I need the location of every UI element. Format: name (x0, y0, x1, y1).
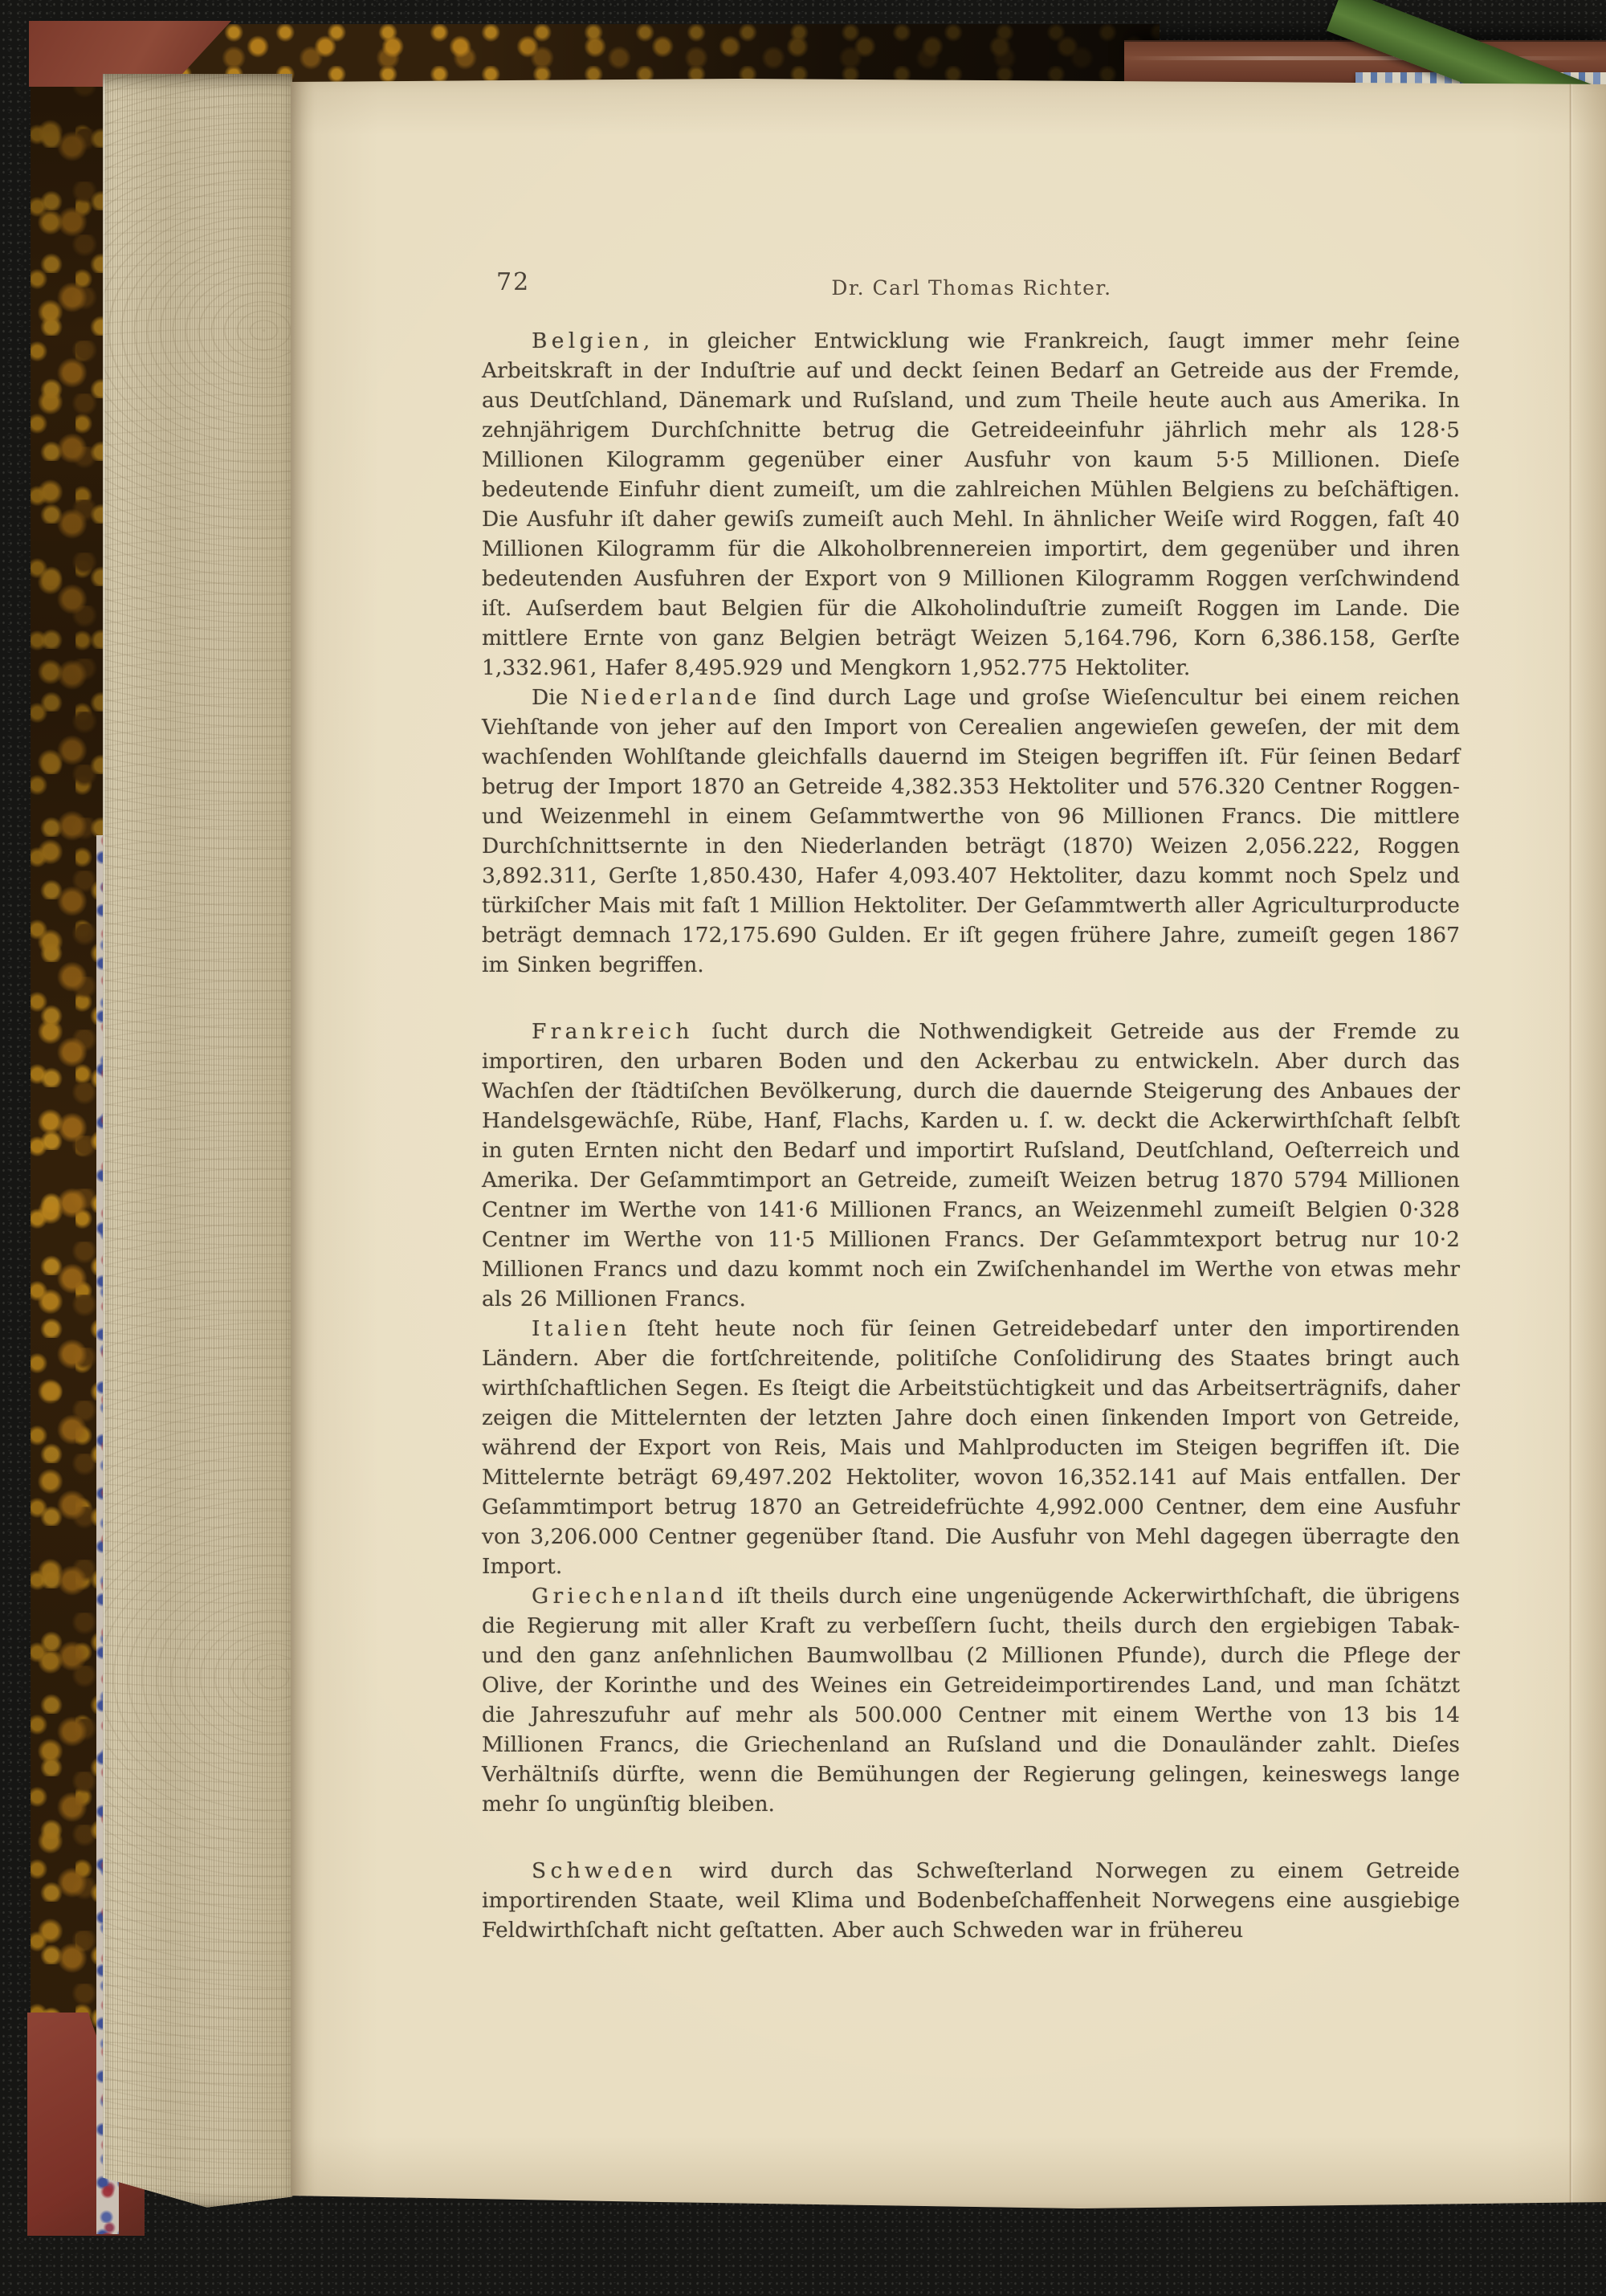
paragraph-lead: Italien (532, 1316, 631, 1341)
paragraph-text: , in gleicher Entwicklung wie Frankreich… (482, 328, 1460, 680)
paragraph-lead: Griechenland (532, 1584, 728, 1609)
paragraph-lead: Belgien (532, 328, 643, 353)
book-page: 72 Dr. Carl Thomas Richter. Belgien, in … (291, 79, 1606, 2208)
text-block: Belgien, in gleicher Entwicklung wie Fra… (482, 326, 1460, 1945)
paragraph-lead: Niederlande (581, 685, 761, 710)
paragraph-italien: Italien ſteht heute noch für ſeinen Getr… (482, 1314, 1460, 1581)
paragraph-schweden: Schweden wird durch das Schweſterland No… (482, 1856, 1460, 1945)
paragraph-prefix: Die (532, 685, 581, 710)
paragraph-text: ſteht heute noch für ſeinen Getreidebeda… (482, 1316, 1460, 1579)
marbled-cover-left (31, 22, 106, 2236)
paragraph-lead: Frankreich (532, 1019, 694, 1044)
running-header: Dr. Carl Thomas Richter. (482, 276, 1461, 300)
paragraph-text: ſind durch Lage und groſse Wieſencultur … (482, 685, 1460, 977)
page-right-shading (1571, 79, 1606, 2208)
paragraph-griechenland: Griechenland iſt theils durch eine ungen… (482, 1581, 1460, 1819)
paragraph-niederlande: Die Niederlande ſind durch Lage und groſ… (482, 683, 1460, 980)
paragraph-lead: Schweden (532, 1858, 677, 1883)
paragraph-frankreich: Frankreich ſucht durch die Nothwendigkei… (482, 1017, 1460, 1314)
paragraph-text: ſucht durch die Nothwendigkeit Getreide … (482, 1019, 1460, 1311)
page-edges-stack (103, 74, 292, 2212)
paragraph-text: iſt theils durch eine ungenügende Ackerw… (482, 1584, 1460, 1817)
paragraph-belgien: Belgien, in gleicher Entwicklung wie Fra… (482, 326, 1460, 683)
photo-background: 72 Dr. Carl Thomas Richter. Belgien, in … (0, 0, 1606, 2296)
